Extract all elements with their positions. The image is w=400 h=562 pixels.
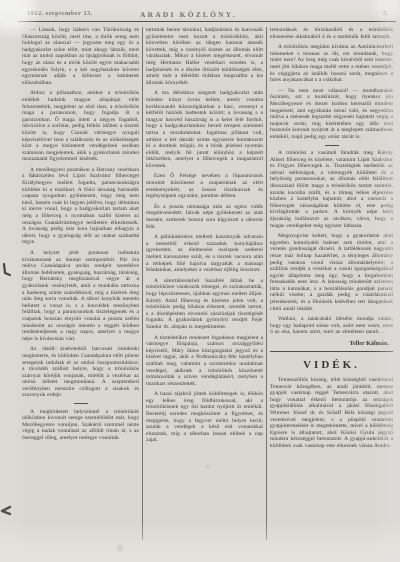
column-rule (266, 27, 267, 540)
section-heading-videk: VIDÉK. (270, 359, 393, 371)
article-paragraph: tartottak benne tárnokul, hadjáratokra é… (146, 27, 263, 86)
article-paragraph: A trónörökös meglátni kívánta az Antónia… (270, 44, 393, 84)
article-paragraph: A pálinkásboltos melletti kaszárnyák udv… (146, 234, 263, 274)
author-signature: Teller Kálmán. (270, 340, 393, 347)
article-paragraph: A ma délutánra szegzett hadgyakorlat utá… (146, 90, 263, 169)
article-paragraph: Ahhoz a pillanathoz, amikor a trónörökös… (22, 90, 139, 163)
article-paragraph: A sátortáborokból hazafelé álltak be a t… (146, 278, 263, 331)
article-column-1: — Lássuk, hogy háború van Törökország és… (22, 27, 139, 540)
header-rule (18, 21, 396, 22)
article-paragraph: A helyzet jelét pontosan tudhatnia kíván… (22, 250, 139, 342)
article-column-2: tartottak benne tárnokul, hadjáratokra é… (146, 27, 263, 540)
paragraph-divider (74, 403, 88, 404)
section-rule (270, 351, 393, 352)
article-paragraph: A hazai tájakról jöttek küldöttségek is,… (146, 391, 263, 444)
article-paragraph: — Na nem most válaszol! — mondhatnánk ős… (270, 88, 393, 141)
article-paragraph: És a puszta némasága után az egész vidék… (146, 204, 263, 230)
videk-paragraph: Temesszőllős község, több községből vasú… (270, 377, 393, 450)
ink-mark (0, 504, 12, 522)
newspaper-title: ARADI KÖZLÖNY. (40, 10, 380, 19)
ink-mark (1, 263, 11, 283)
page-number: 5. (383, 10, 388, 17)
newspaper-scan-page: { "header": { "date": "1912. szeptember … (0, 0, 400, 562)
column-rule (142, 27, 143, 540)
article-paragraph: A trónöröst a vasútnál fáradták meg Káro… (270, 150, 393, 229)
article-paragraph: Megnyugvást keltett, hogy a gyakorlatok … (270, 233, 393, 312)
article-paragraph: A tiszteletükre rendezett fogadáson megj… (146, 335, 263, 388)
article-paragraph: A meghirdetett helyszínnél a trónörökök … (22, 409, 139, 442)
article-columns: — Lássuk, hogy háború van Törökország és… (22, 27, 393, 541)
article-paragraph: Ezen Ő Felsége nevében a főparancsnok mo… (146, 173, 263, 199)
article-paragraph: Az ideált kíséreteiből harcosait mindenk… (22, 346, 139, 399)
article-paragraph: Wallani, a tanácsháló ülésébe mondja val… (270, 316, 393, 336)
article-column-3: lemondások és törzskarából és a trónörök… (270, 27, 393, 540)
paragraph-divider (325, 145, 339, 146)
article-paragraph: — Lássuk, hogy háború van Törökország és… (22, 27, 139, 86)
article-paragraph: A mezőhegyesi pusztákon a Hatvany vezérk… (22, 167, 139, 246)
article-paragraph: lemondások és törzskarából és a trónörök… (270, 27, 393, 40)
